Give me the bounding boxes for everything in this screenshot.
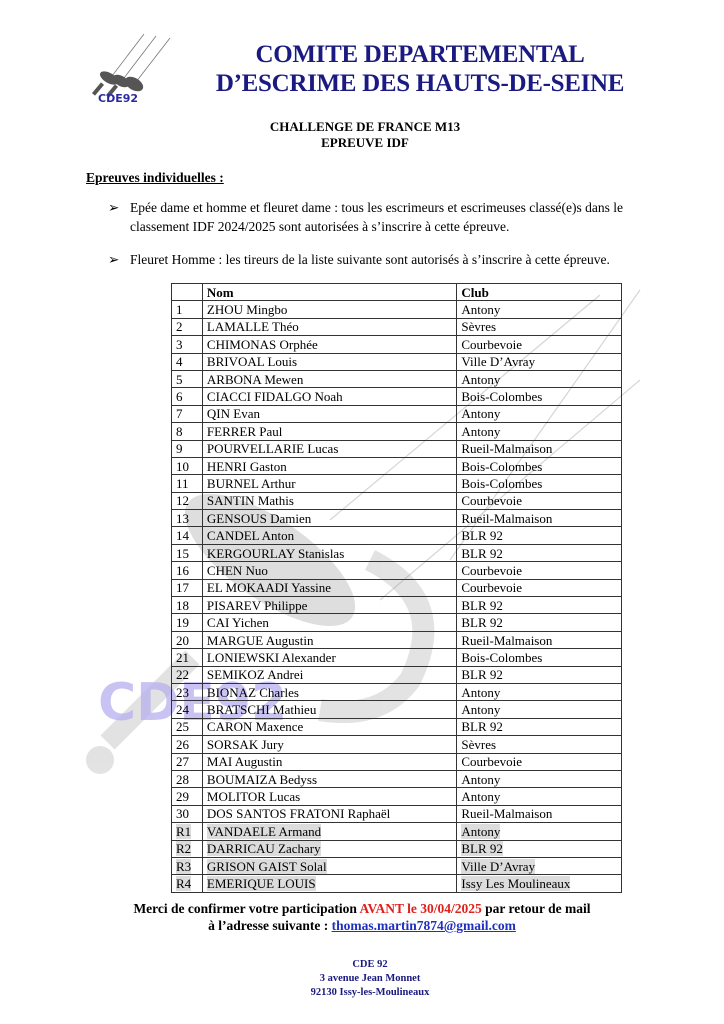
name-cell: GENSOUS Damien: [202, 510, 456, 527]
club-cell-text: Antony: [461, 372, 500, 387]
rank-cell: 28: [172, 770, 203, 787]
name-cell: BRIVOAL Louis: [202, 353, 456, 370]
name-cell-text: EMERIQUE LOUIS: [207, 876, 316, 891]
rank-cell: 14: [172, 527, 203, 544]
club-cell-text: Sèvres: [461, 737, 496, 752]
name-cell: CANDEL Anton: [202, 527, 456, 544]
club-cell: Courbevoie: [457, 579, 622, 596]
table-row: 2LAMALLE ThéoSèvres: [172, 318, 622, 335]
table-body: 1ZHOU MingboAntony2LAMALLE ThéoSèvres3CH…: [172, 301, 622, 892]
table-row: 27MAI AugustinCourbevoie: [172, 753, 622, 770]
name-cell: CIACCI FIDALGO Noah: [202, 388, 456, 405]
club-cell-text: Antony: [461, 406, 500, 421]
name-cell: EMERIQUE LOUIS: [202, 875, 456, 892]
name-cell: VANDAELE Armand: [202, 823, 456, 840]
rank-cell-text: 19: [176, 615, 189, 630]
rank-cell: 8: [172, 423, 203, 440]
club-cell-text: Rueil-Malmaison: [461, 633, 552, 648]
rank-cell: 12: [172, 492, 203, 509]
name-cell: CHEN Nuo: [202, 562, 456, 579]
name-cell: LONIEWSKI Alexander: [202, 649, 456, 666]
club-cell: Antony: [457, 788, 622, 805]
name-cell: CARON Maxence: [202, 718, 456, 735]
rank-cell-text: 2: [176, 319, 183, 334]
rank-cell: 23: [172, 683, 203, 700]
name-cell-text: VANDAELE Armand: [207, 824, 321, 839]
table-row: 21LONIEWSKI AlexanderBois-Colombes: [172, 649, 622, 666]
club-cell-text: Bois-Colombes: [461, 389, 542, 404]
rank-cell: 30: [172, 805, 203, 822]
rank-cell: 10: [172, 457, 203, 474]
club-cell-text: BLR 92: [461, 598, 503, 613]
club-cell: Ville D’Avray: [457, 353, 622, 370]
club-cell-text: BLR 92: [461, 667, 503, 682]
address-street: 3 avenue Jean Monnet: [200, 972, 540, 986]
name-cell: POURVELLARIE Lucas: [202, 440, 456, 457]
event-title: CHALLENGE DE FRANCE M13 EPREUVE IDF: [200, 119, 530, 151]
name-cell-text: HENRI Gaston: [207, 459, 287, 474]
rank-cell: 11: [172, 475, 203, 492]
name-cell-text: EL MOKAADI Yassine: [207, 580, 331, 595]
club-cell: Antony: [457, 370, 622, 387]
bullet-text: Epée dame et homme et fleuret dame : tou…: [130, 198, 648, 236]
name-cell: PISAREV Philippe: [202, 597, 456, 614]
club-cell: Bois-Colombes: [457, 388, 622, 405]
name-cell-text: CARON Maxence: [207, 719, 303, 734]
club-cell: BLR 92: [457, 840, 622, 857]
name-cell-text: BRIVOAL Louis: [207, 354, 297, 369]
rank-cell-text: 15: [176, 546, 189, 561]
name-cell: BOUMAIZA Bedyss: [202, 770, 456, 787]
rank-cell: 5: [172, 370, 203, 387]
rank-cell: 22: [172, 666, 203, 683]
club-cell: Sèvres: [457, 318, 622, 335]
name-cell-text: BRATSCHI Mathieu: [207, 702, 316, 717]
table-row: 5ARBONA MewenAntony: [172, 370, 622, 387]
name-cell-text: DARRICAU Zachary: [207, 841, 321, 856]
name-cell-text: SANTIN Mathis: [207, 493, 294, 508]
rank-cell-text: 28: [176, 772, 189, 787]
org-title-line2: D’ESCRIME DES HAUTS-DE-SEINE: [200, 69, 640, 98]
rank-cell-text: R4: [176, 876, 191, 891]
rank-cell-text: 8: [176, 424, 183, 439]
name-cell: HENRI Gaston: [202, 457, 456, 474]
bullet-item: ➢ Fleuret Homme : les tireurs de la list…: [108, 250, 648, 269]
name-cell-text: MAI Augustin: [207, 754, 282, 769]
rank-cell-text: 30: [176, 806, 189, 821]
rank-cell: 26: [172, 736, 203, 753]
name-cell: KERGOURLAY Stanislas: [202, 544, 456, 561]
table-row: 19CAI YichenBLR 92: [172, 614, 622, 631]
table-row: 9POURVELLARIE LucasRueil-Malmaison: [172, 440, 622, 457]
bullet-text: Fleuret Homme : les tireurs de la liste …: [130, 250, 648, 269]
table-header-row: Nom Club: [172, 284, 622, 301]
club-cell-text: Antony: [461, 424, 500, 439]
table-row: 1ZHOU MingboAntony: [172, 301, 622, 318]
club-cell: Courbevoie: [457, 492, 622, 509]
table-row: 30DOS SANTOS FRATONI RaphaëlRueil-Malmai…: [172, 805, 622, 822]
rank-cell: 1: [172, 301, 203, 318]
name-cell-text: MOLITOR Lucas: [207, 789, 300, 804]
bullet-item: ➢ Epée dame et homme et fleuret dame : t…: [108, 198, 648, 236]
name-cell: ZHOU Mingbo: [202, 301, 456, 318]
table-row: 18PISAREV PhilippeBLR 92: [172, 597, 622, 614]
club-cell: Courbevoie: [457, 336, 622, 353]
table-row: 14CANDEL AntonBLR 92: [172, 527, 622, 544]
rank-cell: 25: [172, 718, 203, 735]
table-row: R2DARRICAU ZacharyBLR 92: [172, 840, 622, 857]
rank-cell: 9: [172, 440, 203, 457]
club-cell-text: Antony: [461, 824, 500, 839]
club-cell-text: Rueil-Malmaison: [461, 806, 552, 821]
email-label: à l’adresse suivante :: [208, 918, 332, 933]
name-cell-text: CANDEL Anton: [207, 528, 294, 543]
club-cell: Courbevoie: [457, 753, 622, 770]
table-row: 23BIONAZ CharlesAntony: [172, 683, 622, 700]
deadline-text: AVANT le 30/04/2025: [360, 901, 482, 916]
rank-cell: R1: [172, 823, 203, 840]
name-cell: QIN Evan: [202, 405, 456, 422]
arrow-bullet-icon: ➢: [108, 250, 126, 269]
club-cell-text: BLR 92: [461, 546, 503, 561]
rank-cell-text: 3: [176, 337, 183, 352]
club-cell-text: Courbevoie: [461, 493, 522, 508]
address-block: CDE 92 3 avenue Jean Monnet 92130 Issy-l…: [200, 958, 540, 1000]
rank-cell-text: 25: [176, 719, 189, 734]
club-cell-text: Courbevoie: [461, 337, 522, 352]
name-cell-text: FERRER Paul: [207, 424, 283, 439]
name-cell: CAI Yichen: [202, 614, 456, 631]
name-cell: BURNEL Arthur: [202, 475, 456, 492]
name-cell: SEMIKOZ Andrei: [202, 666, 456, 683]
name-cell-text: BIONAZ Charles: [207, 685, 299, 700]
confirmation-line1: Merci de confirmer votre participation A…: [60, 900, 664, 917]
club-cell: Antony: [457, 823, 622, 840]
confirmation-line2: à l’adresse suivante : thomas.martin7874…: [60, 917, 664, 934]
rank-cell: R4: [172, 875, 203, 892]
org-title-line1: COMITE DEPARTEMENTAL: [200, 40, 640, 69]
club-cell-text: BLR 92: [461, 528, 503, 543]
table-row: 10HENRI GastonBois-Colombes: [172, 457, 622, 474]
rank-cell-text: 10: [176, 459, 189, 474]
club-cell-text: Antony: [461, 702, 500, 717]
rank-cell: 20: [172, 631, 203, 648]
rank-cell: 16: [172, 562, 203, 579]
address-name: CDE 92: [200, 958, 540, 972]
table-row: 17EL MOKAADI YassineCourbevoie: [172, 579, 622, 596]
club-cell: Antony: [457, 683, 622, 700]
name-cell: BIONAZ Charles: [202, 683, 456, 700]
club-cell: Rueil-Malmaison: [457, 631, 622, 648]
table-row: R3GRISON GAIST SolalVille D’Avray: [172, 857, 622, 874]
table-row: 16CHEN NuoCourbevoie: [172, 562, 622, 579]
table-row: 3CHIMONAS OrphéeCourbevoie: [172, 336, 622, 353]
confirmation-text: Merci de confirmer votre participation: [133, 901, 359, 916]
club-cell-text: Bois-Colombes: [461, 459, 542, 474]
rank-cell-text: R3: [176, 859, 191, 874]
name-cell: GRISON GAIST Solal: [202, 857, 456, 874]
name-cell-text: SEMIKOZ Andrei: [207, 667, 303, 682]
club-cell-text: Bois-Colombes: [461, 650, 542, 665]
table-row: R4EMERIQUE LOUISIssy Les Moulineaux: [172, 875, 622, 892]
rank-cell-text: 26: [176, 737, 189, 752]
rank-cell-text: 13: [176, 511, 189, 526]
address-city: 92130 Issy-les-Moulineaux: [200, 986, 540, 1000]
club-cell: Rueil-Malmaison: [457, 440, 622, 457]
club-cell: Antony: [457, 770, 622, 787]
rank-cell: R2: [172, 840, 203, 857]
rank-cell: 21: [172, 649, 203, 666]
rank-cell: 27: [172, 753, 203, 770]
confirmation-text: par retour de mail: [482, 901, 591, 916]
rank-cell-text: 21: [176, 650, 189, 665]
rank-cell: 19: [172, 614, 203, 631]
table-row: 13GENSOUS DamienRueil-Malmaison: [172, 510, 622, 527]
club-cell: Ville D’Avray: [457, 857, 622, 874]
rank-cell: 15: [172, 544, 203, 561]
club-cell-text: Issy Les Moulineaux: [461, 876, 570, 891]
rank-cell-text: 1: [176, 302, 183, 317]
name-cell: BRATSCHI Mathieu: [202, 701, 456, 718]
table-row: 25CARON MaxenceBLR 92: [172, 718, 622, 735]
club-cell: Rueil-Malmaison: [457, 805, 622, 822]
logo-text: CDE92: [98, 92, 138, 105]
table-row: 20MARGUE AugustinRueil-Malmaison: [172, 631, 622, 648]
org-title: COMITE DEPARTEMENTAL D’ESCRIME DES HAUTS…: [200, 40, 640, 98]
club-cell-text: Bois-Colombes: [461, 476, 542, 491]
name-cell: MAI Augustin: [202, 753, 456, 770]
name-cell: FERRER Paul: [202, 423, 456, 440]
name-cell-text: KERGOURLAY Stanislas: [207, 546, 344, 561]
club-cell: Antony: [457, 701, 622, 718]
name-cell-text: CHEN Nuo: [207, 563, 268, 578]
club-cell-text: Courbevoie: [461, 754, 522, 769]
club-cell: Antony: [457, 301, 622, 318]
club-cell-text: Ville D’Avray: [461, 354, 535, 369]
table-row: 6CIACCI FIDALGO NoahBois-Colombes: [172, 388, 622, 405]
name-cell-text: GENSOUS Damien: [207, 511, 311, 526]
rank-cell-text: 6: [176, 389, 183, 404]
arrow-bullet-icon: ➢: [108, 198, 126, 217]
club-cell-text: Ville D’Avray: [461, 859, 535, 874]
club-cell: BLR 92: [457, 527, 622, 544]
name-cell-text: GRISON GAIST Solal: [207, 859, 327, 874]
rank-cell: R3: [172, 857, 203, 874]
rank-cell: 17: [172, 579, 203, 596]
rank-cell-text: 5: [176, 372, 183, 387]
rank-cell-text: 7: [176, 406, 183, 421]
rank-cell: 4: [172, 353, 203, 370]
club-cell-text: Antony: [461, 685, 500, 700]
rank-cell-text: 4: [176, 354, 183, 369]
name-cell: ARBONA Mewen: [202, 370, 456, 387]
club-cell-text: Antony: [461, 772, 500, 787]
table-row: 15KERGOURLAY StanislasBLR 92: [172, 544, 622, 561]
rank-cell: 29: [172, 788, 203, 805]
club-cell-text: Courbevoie: [461, 580, 522, 595]
section-heading: Epreuves individuelles :: [86, 170, 224, 186]
club-cell-text: Rueil-Malmaison: [461, 511, 552, 526]
club-cell: Issy Les Moulineaux: [457, 875, 622, 892]
rank-cell: 6: [172, 388, 203, 405]
rank-cell-text: 27: [176, 754, 189, 769]
club-cell: Bois-Colombes: [457, 457, 622, 474]
rank-cell-text: R1: [176, 824, 191, 839]
event-title-line1: CHALLENGE DE FRANCE M13: [200, 119, 530, 135]
rank-cell-text: 24: [176, 702, 189, 717]
name-cell: MARGUE Augustin: [202, 631, 456, 648]
name-cell: SANTIN Mathis: [202, 492, 456, 509]
rank-cell-text: 11: [176, 476, 189, 491]
name-cell-text: LONIEWSKI Alexander: [207, 650, 336, 665]
name-cell-text: POURVELLARIE Lucas: [207, 441, 338, 456]
name-cell-text: QIN Evan: [207, 406, 260, 421]
table-row: 28BOUMAIZA BedyssAntony: [172, 770, 622, 787]
name-cell-text: BOUMAIZA Bedyss: [207, 772, 317, 787]
club-cell: BLR 92: [457, 597, 622, 614]
name-cell: DARRICAU Zachary: [202, 840, 456, 857]
name-cell-text: SORSAK Jury: [207, 737, 284, 752]
club-cell: BLR 92: [457, 544, 622, 561]
table-row: 7QIN EvanAntony: [172, 405, 622, 422]
club-cell: Antony: [457, 423, 622, 440]
club-cell: BLR 92: [457, 718, 622, 735]
club-cell-text: BLR 92: [461, 719, 503, 734]
club-cell-text: BLR 92: [461, 615, 503, 630]
rank-cell: 13: [172, 510, 203, 527]
name-cell-text: ARBONA Mewen: [207, 372, 303, 387]
rank-cell: 18: [172, 597, 203, 614]
rank-cell-text: 16: [176, 563, 189, 578]
club-cell: BLR 92: [457, 666, 622, 683]
table-row: 29MOLITOR LucasAntony: [172, 788, 622, 805]
club-cell: Bois-Colombes: [457, 649, 622, 666]
email-link[interactable]: thomas.martin7874@gmail.com: [332, 918, 516, 933]
table-row: 24BRATSCHI MathieuAntony: [172, 701, 622, 718]
table-row: R1VANDAELE ArmandAntony: [172, 823, 622, 840]
club-cell: Sèvres: [457, 736, 622, 753]
rank-cell: 2: [172, 318, 203, 335]
fencer-list-table: Nom Club 1ZHOU MingboAntony2LAMALLE Théo…: [171, 283, 622, 893]
name-cell: CHIMONAS Orphée: [202, 336, 456, 353]
name-cell-text: BURNEL Arthur: [207, 476, 296, 491]
column-header-name: Nom: [202, 284, 456, 301]
name-cell-text: CHIMONAS Orphée: [207, 337, 318, 352]
rank-cell-text: 9: [176, 441, 183, 456]
club-cell-text: Sèvres: [461, 319, 496, 334]
club-cell-text: Courbevoie: [461, 563, 522, 578]
name-cell: MOLITOR Lucas: [202, 788, 456, 805]
name-cell: SORSAK Jury: [202, 736, 456, 753]
rank-cell-text: R2: [176, 841, 191, 856]
table-row: 12SANTIN MathisCourbevoie: [172, 492, 622, 509]
rank-cell: 7: [172, 405, 203, 422]
name-cell-text: LAMALLE Théo: [207, 319, 299, 334]
club-cell-text: Rueil-Malmaison: [461, 441, 552, 456]
club-cell-text: Antony: [461, 789, 500, 804]
name-cell-text: CIACCI FIDALGO Noah: [207, 389, 343, 404]
name-cell-text: ZHOU Mingbo: [207, 302, 288, 317]
rank-cell-text: 17: [176, 580, 189, 595]
rank-cell-text: 14: [176, 528, 189, 543]
name-cell-text: MARGUE Augustin: [207, 633, 314, 648]
cde92-logo: CDE92: [84, 26, 194, 106]
table-row: 22SEMIKOZ AndreiBLR 92: [172, 666, 622, 683]
club-cell: BLR 92: [457, 614, 622, 631]
rank-cell-text: 23: [176, 685, 189, 700]
column-header-club: Club: [457, 284, 622, 301]
name-cell-text: CAI Yichen: [207, 615, 269, 630]
club-cell: Courbevoie: [457, 562, 622, 579]
club-cell-text: BLR 92: [461, 841, 503, 856]
table-row: 4BRIVOAL LouisVille D’Avray: [172, 353, 622, 370]
name-cell-text: PISAREV Philippe: [207, 598, 308, 613]
club-cell: Antony: [457, 405, 622, 422]
club-cell: Bois-Colombes: [457, 475, 622, 492]
rank-cell-text: 12: [176, 493, 189, 508]
table-row: 26SORSAK JurySèvres: [172, 736, 622, 753]
club-cell-text: Antony: [461, 302, 500, 317]
confirmation-notice: Merci de confirmer votre participation A…: [60, 900, 664, 934]
name-cell: LAMALLE Théo: [202, 318, 456, 335]
name-cell: DOS SANTOS FRATONI Raphaël: [202, 805, 456, 822]
rank-cell-text: 20: [176, 633, 189, 648]
rank-cell: 24: [172, 701, 203, 718]
table-row: 8FERRER PaulAntony: [172, 423, 622, 440]
rank-cell-text: 18: [176, 598, 189, 613]
rank-cell-text: 29: [176, 789, 189, 804]
name-cell-text: DOS SANTOS FRATONI Raphaël: [207, 806, 390, 821]
column-header-rank: [172, 284, 203, 301]
rank-cell-text: 22: [176, 667, 189, 682]
event-title-line2: EPREUVE IDF: [200, 135, 530, 151]
rank-cell: 3: [172, 336, 203, 353]
table-row: 11BURNEL ArthurBois-Colombes: [172, 475, 622, 492]
club-cell: Rueil-Malmaison: [457, 510, 622, 527]
name-cell: EL MOKAADI Yassine: [202, 579, 456, 596]
